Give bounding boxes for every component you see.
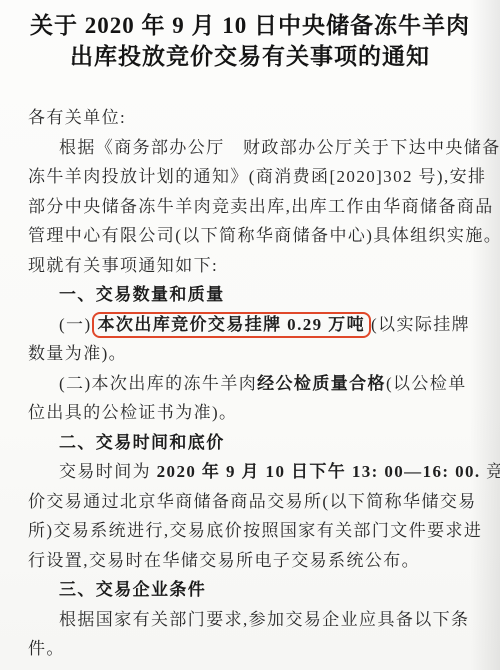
intro-line: 部分中央储备冻牛羊肉竞卖出库,出库工作由华商储备商品: [28, 192, 472, 222]
section-1-item-2-line-1: (二)本次出库的冻牛羊肉经公检质量合格(以公检单: [28, 369, 472, 399]
notice-title: 关于 2020 年 9 月 10 日中央储备冻牛羊肉 出库投放竞价交易有关事项的…: [18, 10, 482, 72]
item-1-prefix: (一): [59, 315, 92, 334]
item-2-suffix: (以公检单: [386, 374, 467, 393]
quantity-highlight-box: 本次出库竞价交易挂牌 0.29 万吨: [92, 312, 371, 338]
item-1-suffix: (以实际挂牌: [371, 315, 470, 334]
section-2-line: 所)交易系统进行,交易底价按照国家有关部门文件要求进: [28, 516, 472, 546]
notice-title-line-1: 关于 2020 年 9 月 10 日中央储备冻牛羊肉: [18, 10, 482, 41]
trade-time-bold: 2020 年 9 月 10 日下午 13: 00—16: 00.: [157, 462, 481, 481]
intro-line: 根据《商务部办公厅 财政部办公厅关于下达中央储备: [28, 133, 472, 163]
section-3-heading: 三、交易企业条件: [28, 575, 472, 605]
section-3-line: 件。: [28, 634, 472, 664]
section-1-item-1-line-2: 数量为准)。: [28, 339, 472, 369]
item-2-quality-bold: 经公检质量合格: [257, 374, 386, 393]
section-1-item-1-line-1: (一)本次出库竞价交易挂牌 0.29 万吨(以实际挂牌: [28, 310, 472, 340]
section-3-line: 根据国家有关部门要求,参加交易企业应具备以下条: [28, 605, 472, 635]
intro-line: 现就有关事项通知如下:: [28, 251, 472, 281]
section-2-line: 行设置,交易时在华储交易所电子交易系统公布。: [28, 546, 472, 576]
intro-line: 管理中心有限公司(以下简称华商储备中心)具体组织实施。: [28, 221, 472, 251]
section-1-heading: 一、交易数量和质量: [28, 280, 472, 310]
salutation: 各有关单位:: [28, 103, 472, 133]
trade-time-suffix: 竞: [481, 462, 500, 481]
section-1-item-2-line-2: 位出具的公检证书为准)。: [28, 398, 472, 428]
trade-time-prefix: 交易时间为: [59, 462, 157, 481]
section-2-line: 价交易通过北京华商储备商品交易所(以下简称华储交易: [28, 487, 472, 517]
notice-body: 各有关单位: 根据《商务部办公厅 财政部办公厅关于下达中央储备 冻牛羊肉投放计划…: [28, 103, 472, 664]
item-2-prefix: (二)本次出库的冻牛羊肉: [59, 374, 257, 393]
notice-document: 关于 2020 年 9 月 10 日中央储备冻牛羊肉 出库投放竞价交易有关事项的…: [0, 0, 500, 670]
section-2-heading: 二、交易时间和底价: [28, 428, 472, 458]
section-2-line-1: 交易时间为 2020 年 9 月 10 日下午 13: 00—16: 00. 竞: [28, 457, 472, 487]
intro-line: 冻牛羊肉投放计划的通知》(商消费函[2020]302 号),安排: [28, 162, 472, 192]
notice-title-line-2: 出库投放竞价交易有关事项的通知: [18, 41, 482, 72]
